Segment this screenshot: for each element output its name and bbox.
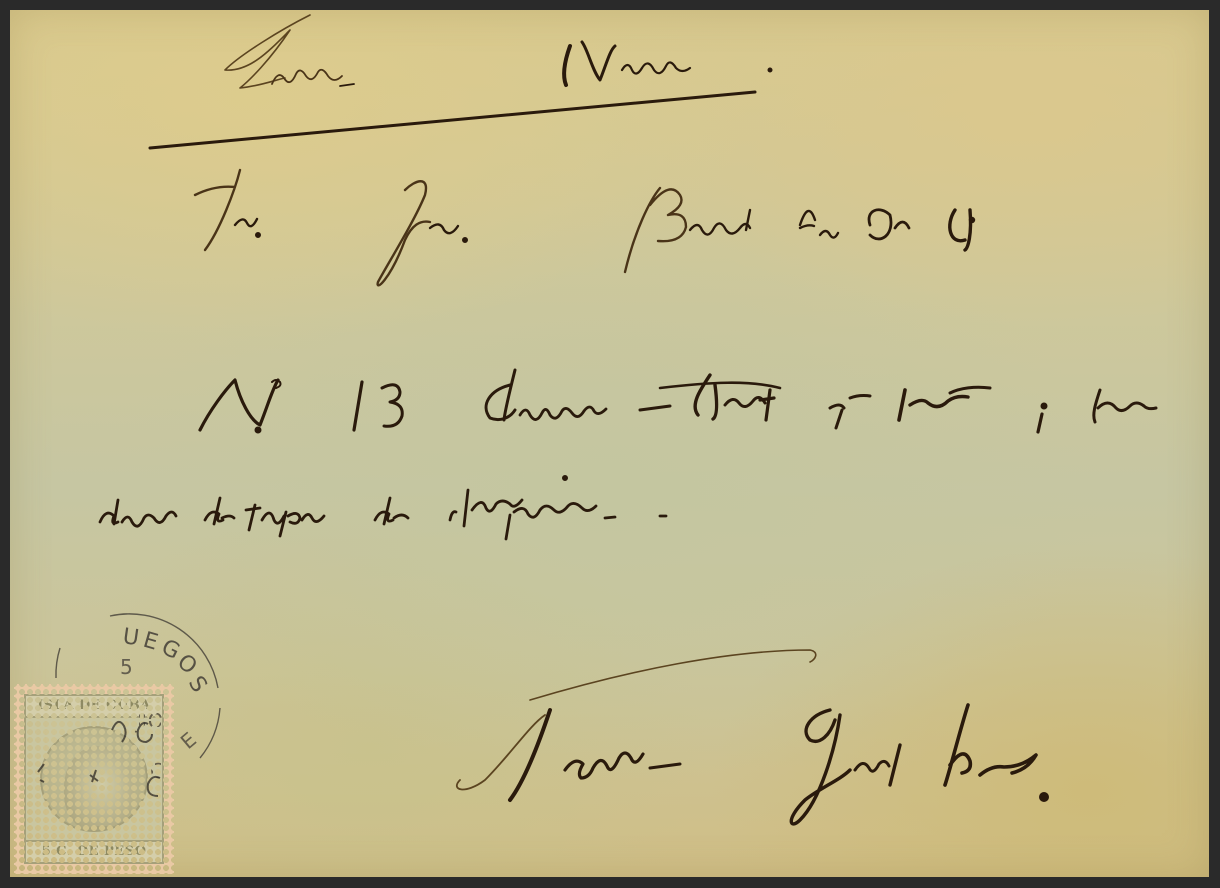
svg-text:5: 5	[120, 655, 133, 679]
stamp-value: 5 C. DE PESO	[26, 840, 162, 862]
postage-stamp: ISLA DE CUBA 5 C. DE PESO	[14, 684, 174, 874]
line-chambers-street	[200, 370, 1156, 432]
line-estados-unidos	[150, 15, 772, 148]
line-new-york	[457, 650, 1048, 824]
svg-text:E: E	[140, 628, 160, 656]
stamp-portrait	[40, 726, 148, 832]
stamp-frame: ISLA DE CUBA 5 C. DE PESO	[24, 694, 164, 864]
stamp-country: ISLA DE CUBA	[26, 696, 162, 718]
line-geo-bruce	[195, 170, 974, 285]
portrait-head	[64, 746, 134, 832]
svg-text:E: E	[176, 727, 201, 754]
svg-text:U: U	[121, 624, 140, 651]
line-dicion-tipos	[100, 476, 666, 539]
envelope: Estados - Unidos Sr. Geo. Bruce's Son & …	[10, 10, 1209, 877]
